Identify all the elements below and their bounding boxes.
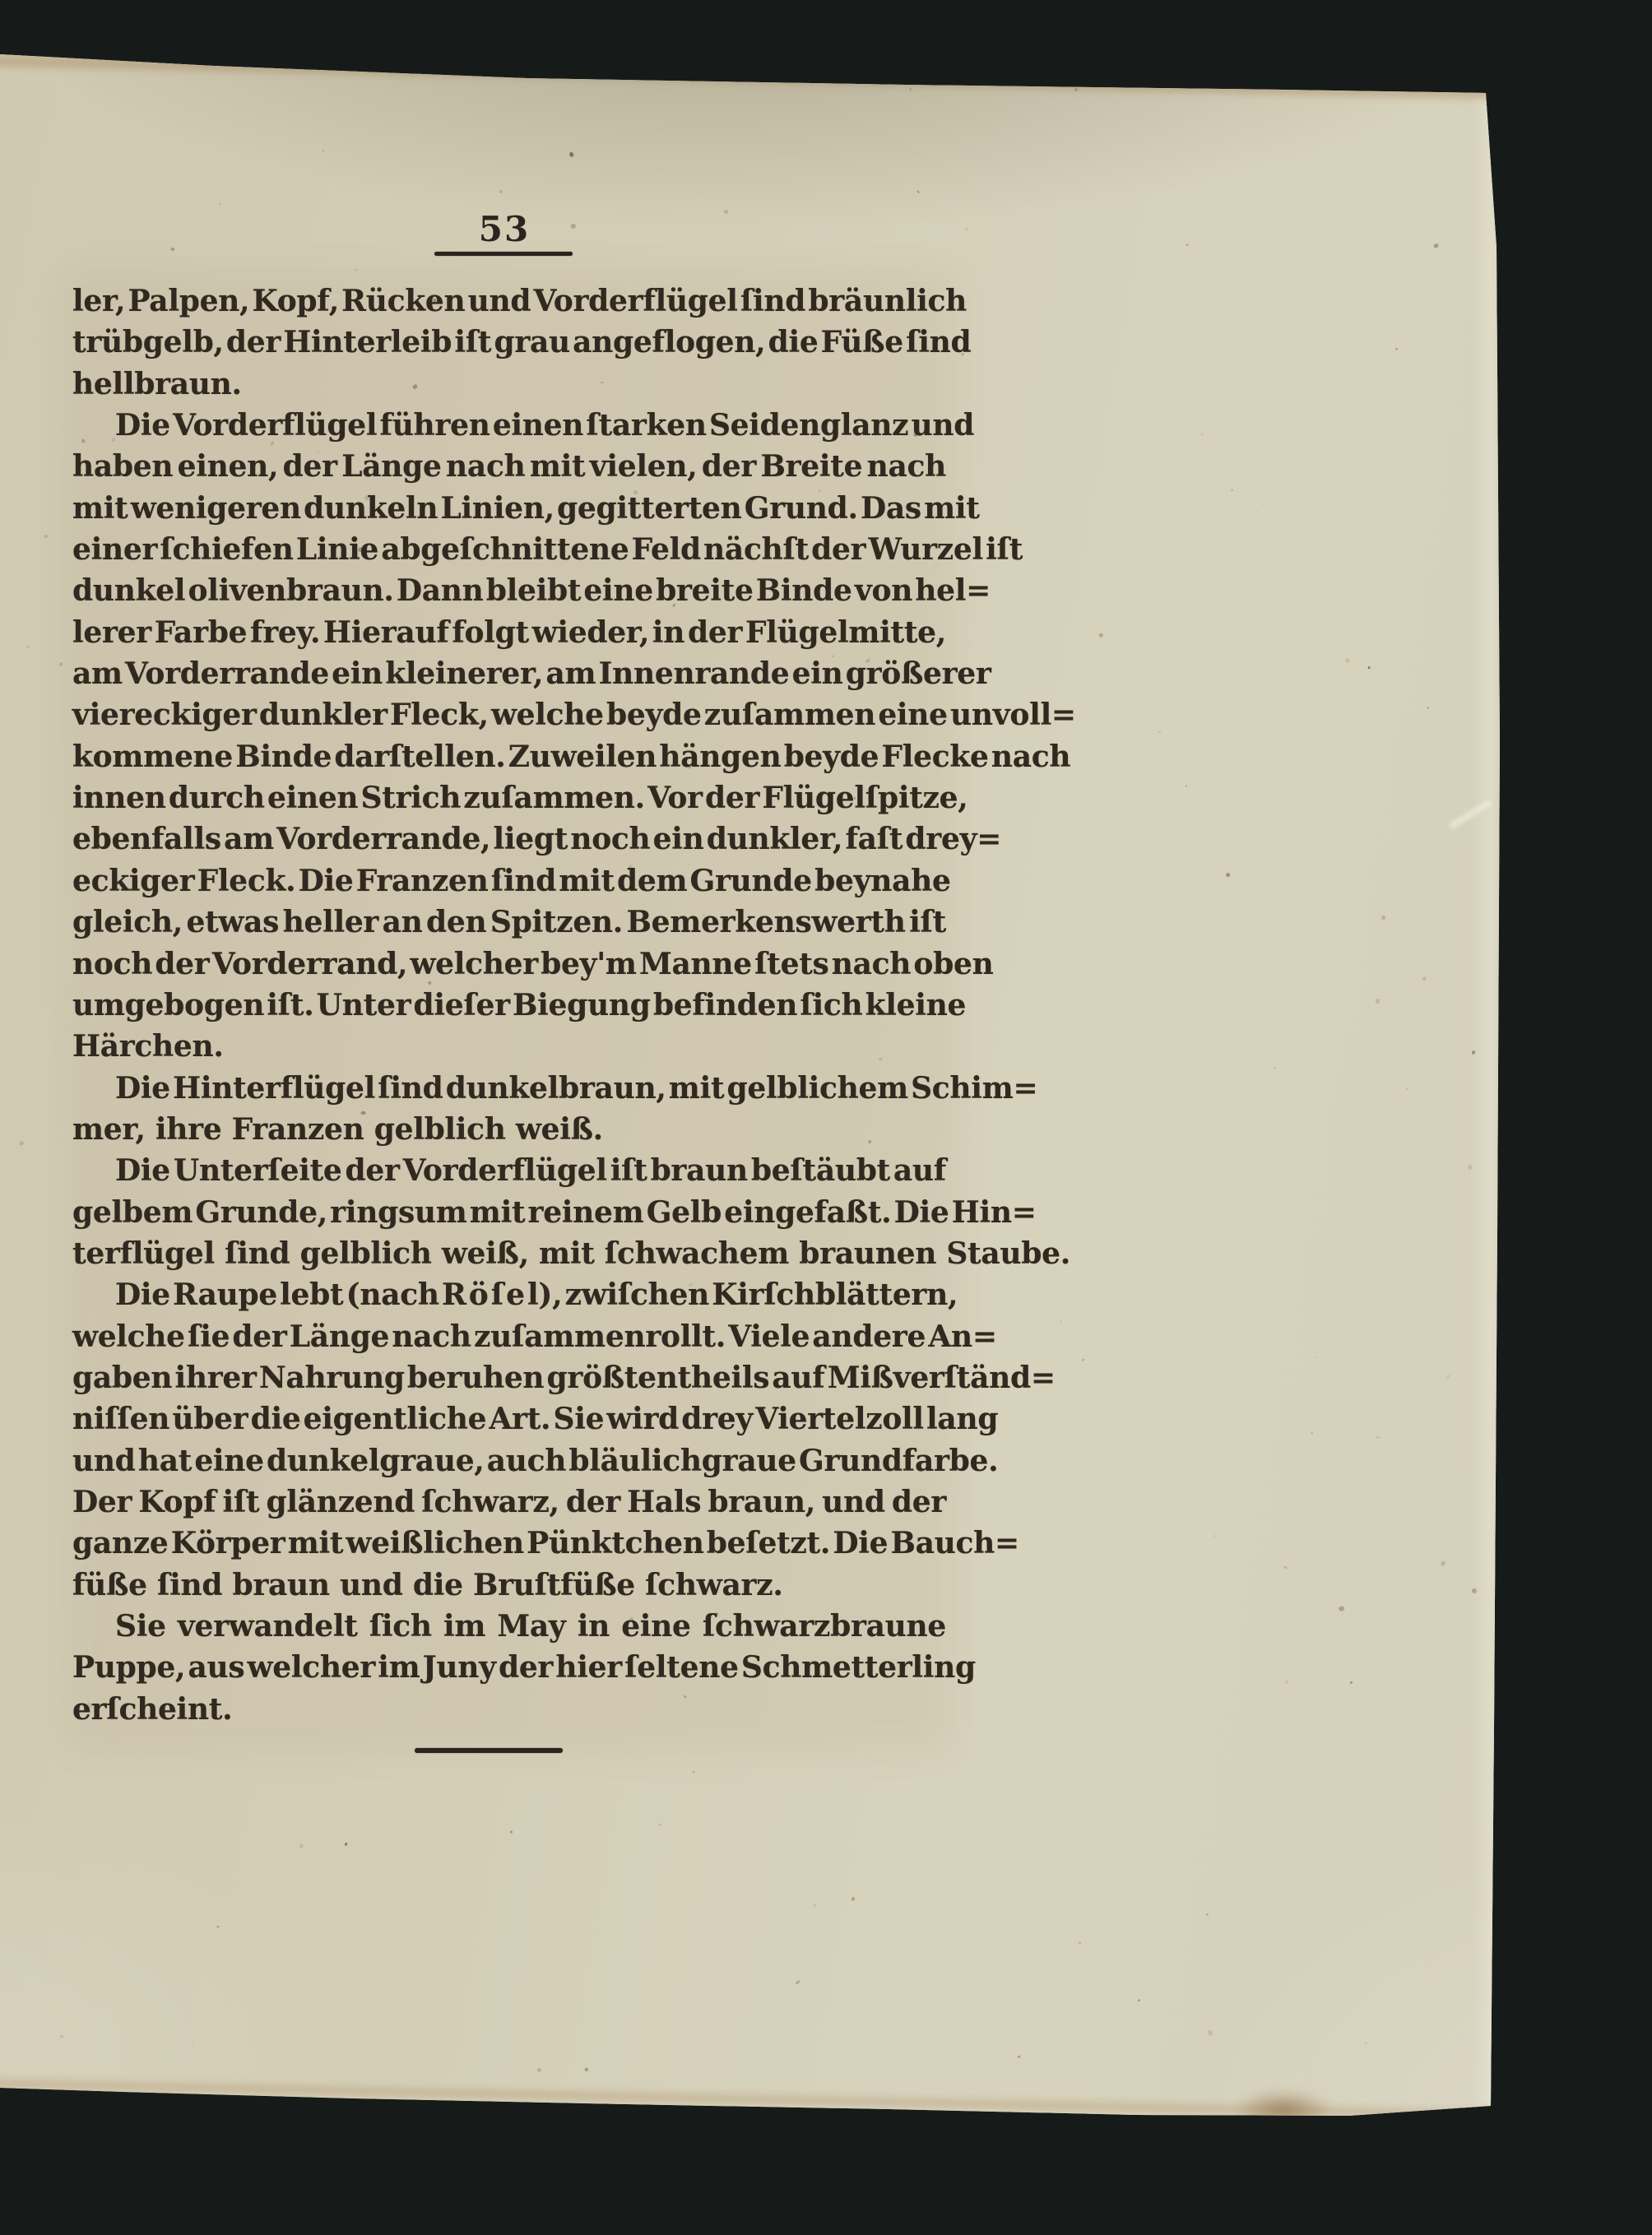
text-line: mer, ihre Franzen gelblich weiß.: [72, 1109, 946, 1150]
text-line: gaben ihrer Nahrung beruhen größtentheil…: [72, 1357, 946, 1398]
paper-speck: [26, 645, 30, 648]
paper-speck: [1225, 872, 1230, 878]
text-line: kommene Binde darſtellen. Zuweilen hänge…: [72, 736, 946, 777]
paper-speck: [1158, 730, 1161, 732]
text-line: Die Raupe lebt (nach R ö ſ e l), zwiſche…: [72, 1274, 946, 1315]
paper-speck: [1445, 1374, 1450, 1379]
paper-speck: [15, 231, 16, 233]
paper-speck: [1381, 915, 1385, 920]
paper-speck: [1263, 503, 1265, 505]
paper-speck: [192, 2042, 194, 2043]
paper-speck: [1311, 1432, 1313, 1435]
paper-speck: [1138, 1999, 1140, 2001]
paper-speck: [1186, 243, 1190, 246]
paper-speck: [1284, 1680, 1288, 1684]
paper-speck: [1018, 2056, 1021, 2059]
text-line: ler, Palpen, Kopf, Rücken und Vorderflüg…: [72, 281, 946, 322]
paper-speck: [916, 190, 920, 193]
text-line: dunkel olivenbraun. Dann bleibt eine bre…: [72, 570, 946, 611]
page-right-edge-highlight: [1471, 97, 1496, 2104]
text-line: Härchen.: [72, 1026, 946, 1067]
paper-speck: [1441, 1560, 1446, 1567]
paper-speck: [219, 203, 221, 206]
book-scan: 53 ler, Palpen, Kopf, Rücken und Vorderf…: [0, 0, 1652, 2235]
paper-speck: [1185, 784, 1188, 787]
paper-speck: [1082, 1358, 1085, 1361]
page-top-edge-shading: [0, 49, 1652, 108]
paper-speck: [510, 1831, 513, 1834]
text-line: ebenfalls am Vorderrande, liegt noch ein…: [72, 818, 946, 860]
text-line: und hat eine dunkelgraue, auch bläulichg…: [72, 1440, 946, 1481]
paper-speck: [1201, 433, 1203, 434]
paper-speck: [584, 2068, 588, 2072]
paper-page: 53 ler, Palpen, Kopf, Rücken und Vorderf…: [0, 0, 1652, 2235]
text-line: eckiger Fleck. Die Franzen ſind mit dem …: [72, 860, 946, 902]
paper-speck: [796, 1979, 801, 1984]
paper-speck: [964, 227, 968, 231]
paper-speck: [692, 1771, 695, 1774]
paper-speck: [299, 1843, 304, 1848]
section-end-rule: [415, 1748, 563, 1753]
paper-speck: [1060, 1321, 1062, 1324]
paper-speck: [1350, 1681, 1353, 1684]
paper-speck: [1367, 666, 1370, 670]
paper-speck: [537, 2067, 543, 2073]
text-line: viereckiger dunkler Fleck, welche beyde …: [72, 694, 946, 735]
paper-speck: [323, 150, 324, 151]
paper-speck: [170, 248, 174, 252]
text-line: mit wenigeren dunkeln Linien, gegitterte…: [72, 488, 946, 529]
paper-speck: [1098, 633, 1104, 638]
paper-speck: [217, 1926, 220, 1928]
paper-speck: [1283, 1566, 1288, 1570]
paper-speck: [19, 1140, 25, 1145]
paper-speck: [499, 190, 503, 194]
page-number-rule: [434, 252, 573, 256]
paper-speck: [1316, 1356, 1318, 1358]
paper-speck: [1426, 706, 1430, 710]
paper-speck: [1346, 657, 1350, 662]
text-line: Puppe, aus welcher im Juny der hier ſelt…: [72, 1647, 946, 1688]
text-line: umgebogen iſt. Unter dieſer Biegung befi…: [72, 985, 946, 1026]
text-line: noch der Vorderrand, welcher bey'm Manne…: [72, 944, 946, 985]
paper-speck: [1213, 1535, 1216, 1537]
paper-speck: [1207, 2029, 1213, 2036]
page-number: 53: [434, 209, 574, 249]
paper-speck: [1422, 976, 1427, 981]
paper-speck: [723, 210, 728, 216]
paper-speck: [58, 662, 63, 668]
paper-speck: [1231, 489, 1234, 492]
paper-speck: [1395, 347, 1399, 350]
paper-speck: [851, 1896, 856, 1901]
text-line: trübgelb, der Hinterleib iſt grau angefl…: [72, 322, 946, 363]
text-line: welche ſie der Länge nach zuſammenrollt.…: [72, 1316, 946, 1357]
text-line: am Vorderrande ein kleinerer, am Innenra…: [72, 653, 946, 694]
text-line: Die Vorderflügel führen einen ſtarken Se…: [72, 405, 946, 446]
text-line: ganze Körper mit weißlichen Pünktchen be…: [72, 1523, 946, 1564]
paper-speck: [1376, 999, 1380, 1004]
paper-speck: [1433, 243, 1440, 249]
text-line: hellbraun.: [72, 364, 946, 405]
paper-speck: [345, 1843, 349, 1847]
paper-speck: [1376, 1436, 1380, 1439]
paper-speck: [1406, 1087, 1408, 1090]
text-line: Die Hinterflügel ſind dunkelbraun, mit g…: [72, 1068, 946, 1109]
paper-stain: [1234, 2089, 1333, 2129]
text-line: Die Unterſeite der Vorderflügel iſt brau…: [72, 1150, 946, 1191]
paper-speck: [1206, 1913, 1209, 1917]
text-line: füße ſind braun und die Bruſtfüße ſchwar…: [72, 1565, 946, 1606]
paper-speck: [59, 2034, 64, 2038]
text-line: lerer Farbe frey. Hierauf folgt wieder, …: [72, 612, 946, 653]
paper-speck: [568, 151, 574, 158]
paper-speck: [659, 1823, 662, 1825]
paper-speck: [813, 1903, 817, 1908]
text-line: gleich, etwas heller an den Spitzen. Bem…: [72, 902, 946, 943]
text-line: Sie verwandelt ſich im May in eine ſchwa…: [72, 1606, 946, 1647]
paper-speck: [1079, 1942, 1082, 1945]
text-line: erſcheint.: [72, 1689, 946, 1730]
paper-speck: [1339, 1606, 1345, 1611]
page-bottom-edge-shading: [0, 2075, 1652, 2126]
text-line: Der Kopf iſt glänzend ſchwarz, der Hals …: [72, 1481, 946, 1523]
text-line: niſſen über die eigentliche Art. Sie wir…: [72, 1398, 946, 1440]
paper-speck: [1365, 2043, 1367, 2045]
text-line: haben einen, der Länge nach mit vielen, …: [72, 446, 946, 487]
text-line: einer ſchiefen Linie abgeſchnittene Feld…: [72, 529, 946, 570]
paper-speck: [1275, 1067, 1277, 1069]
body-text-block: ler, Palpen, Kopf, Rücken und Vorderflüg…: [72, 281, 946, 1730]
text-line: gelbem Grunde, ringsum mit reinem Gelb e…: [72, 1192, 946, 1233]
text-line: terflügel ſind gelblich weiß, mit ſchwac…: [72, 1233, 946, 1274]
text-line: innen durch einen Strich zuſammen. Vor d…: [72, 777, 946, 818]
paper-speck: [44, 535, 49, 539]
